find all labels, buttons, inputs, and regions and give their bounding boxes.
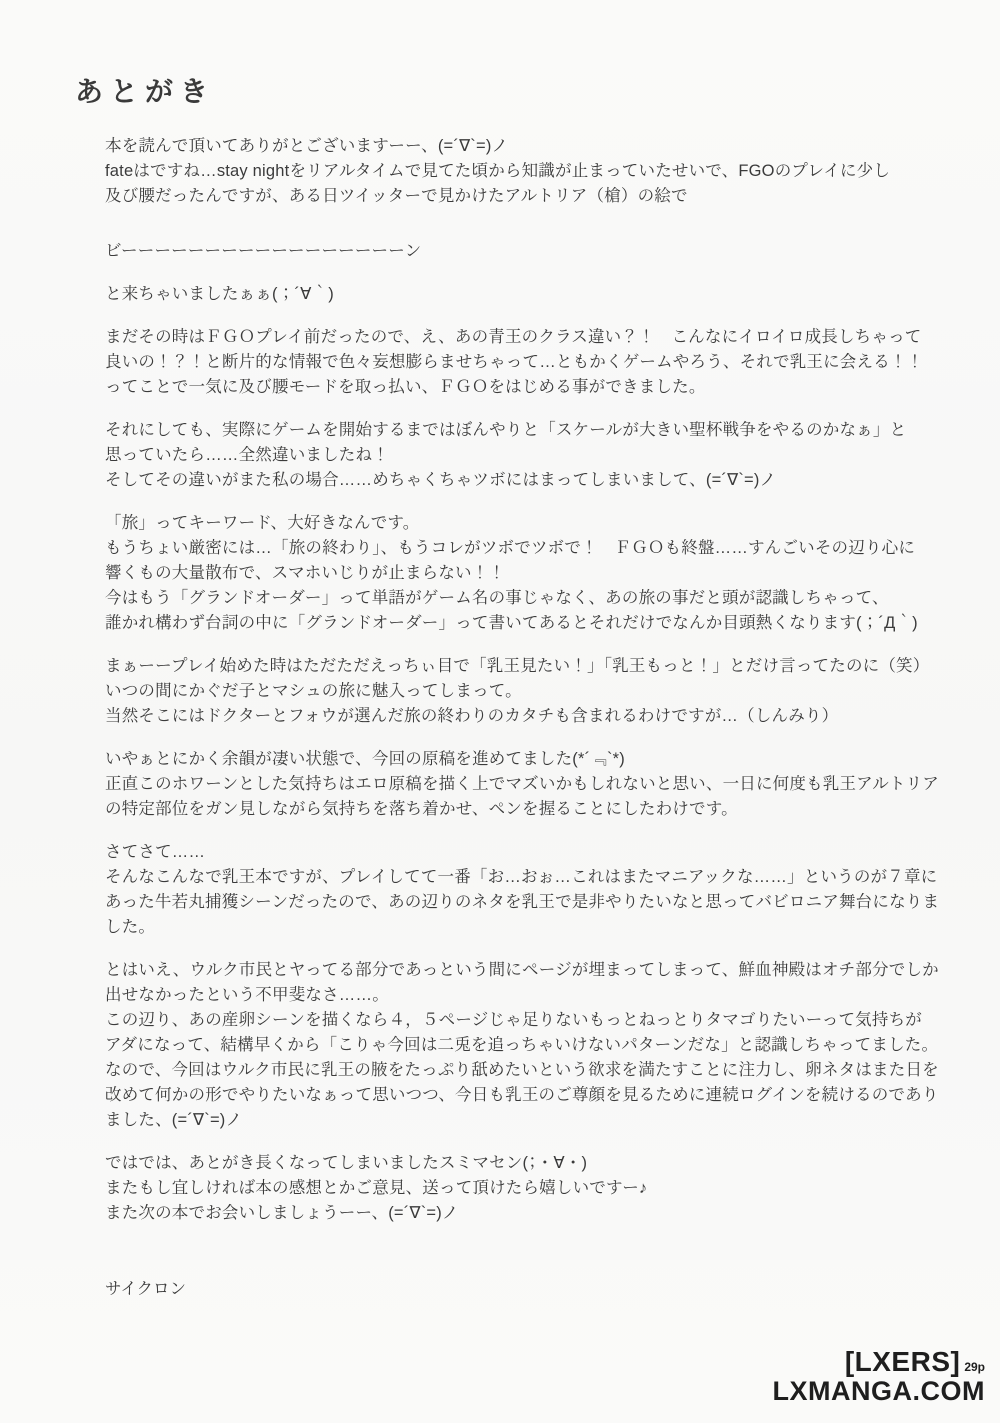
paragraph-chapter7: さてさて…… そんなこんなで乳王本ですが、プレイしてて一番「お…おぉ…これはまた… xyxy=(105,840,955,940)
page-title: あとがき xyxy=(75,70,215,110)
paragraph-manuscript: いやぁとにかく余韻が凄い状態で、今回の原稿を進めてました(*´﹃`*) 正直この… xyxy=(105,747,955,822)
paragraph-expectations: それにしても、実際にゲームを開始するまではぼんやりと「スケールが大きい聖杯戦争を… xyxy=(105,418,955,493)
paragraph-pages: とはいえ、ウルク市民とヤってる部分であっという間にページが埋まってしまって、鮮血… xyxy=(105,958,955,1133)
author-signature: サイクロン xyxy=(105,1277,955,1302)
paragraph-play-start: まぁーープレイ始めた時はただただえっちぃ目で「乳王見たい！」「乳王もっと！」とだ… xyxy=(105,654,955,729)
paragraph-hooked: と来ちゃいましたぁぁ(；´∀｀) xyxy=(105,282,955,307)
watermark-site: LXMANGA.COM xyxy=(773,1376,985,1407)
watermark-brand: [LXERS] xyxy=(845,1348,961,1376)
paragraph-closing: ではでは、あとがき長くなってしまいましたスミマセン(；・∀・) またもし宜しけれ… xyxy=(105,1151,955,1226)
paragraph-sfx: ビーーーーーーーーーーーーーーーーーン xyxy=(105,239,955,264)
paragraph-pre-fgo: まだその時はＦＧＯプレイ前だったので、え、あの青王のクラス違い？！ こんなにイロ… xyxy=(105,325,955,400)
afterword-body: 本を読んで頂いてありがとございますーー、(=´∇`=)ノ fateはですね…st… xyxy=(105,134,955,1302)
watermark-page-count: 29p xyxy=(964,1361,985,1373)
watermark-brand-row: [LXERS] 29p xyxy=(773,1348,985,1376)
afterword-page: あとがき 本を読んで頂いてありがとございますーー、(=´∇`=)ノ fateはで… xyxy=(0,0,1000,1423)
paragraph-journey: 「旅」ってキーワード、大好きなんです。 もうちょい厳密には…「旅の終わり」、もう… xyxy=(105,511,955,636)
watermark: [LXERS] 29p LXMANGA.COM xyxy=(773,1348,985,1407)
paragraph-thanks: 本を読んで頂いてありがとございますーー、(=´∇`=)ノ fateはですね…st… xyxy=(105,134,955,209)
